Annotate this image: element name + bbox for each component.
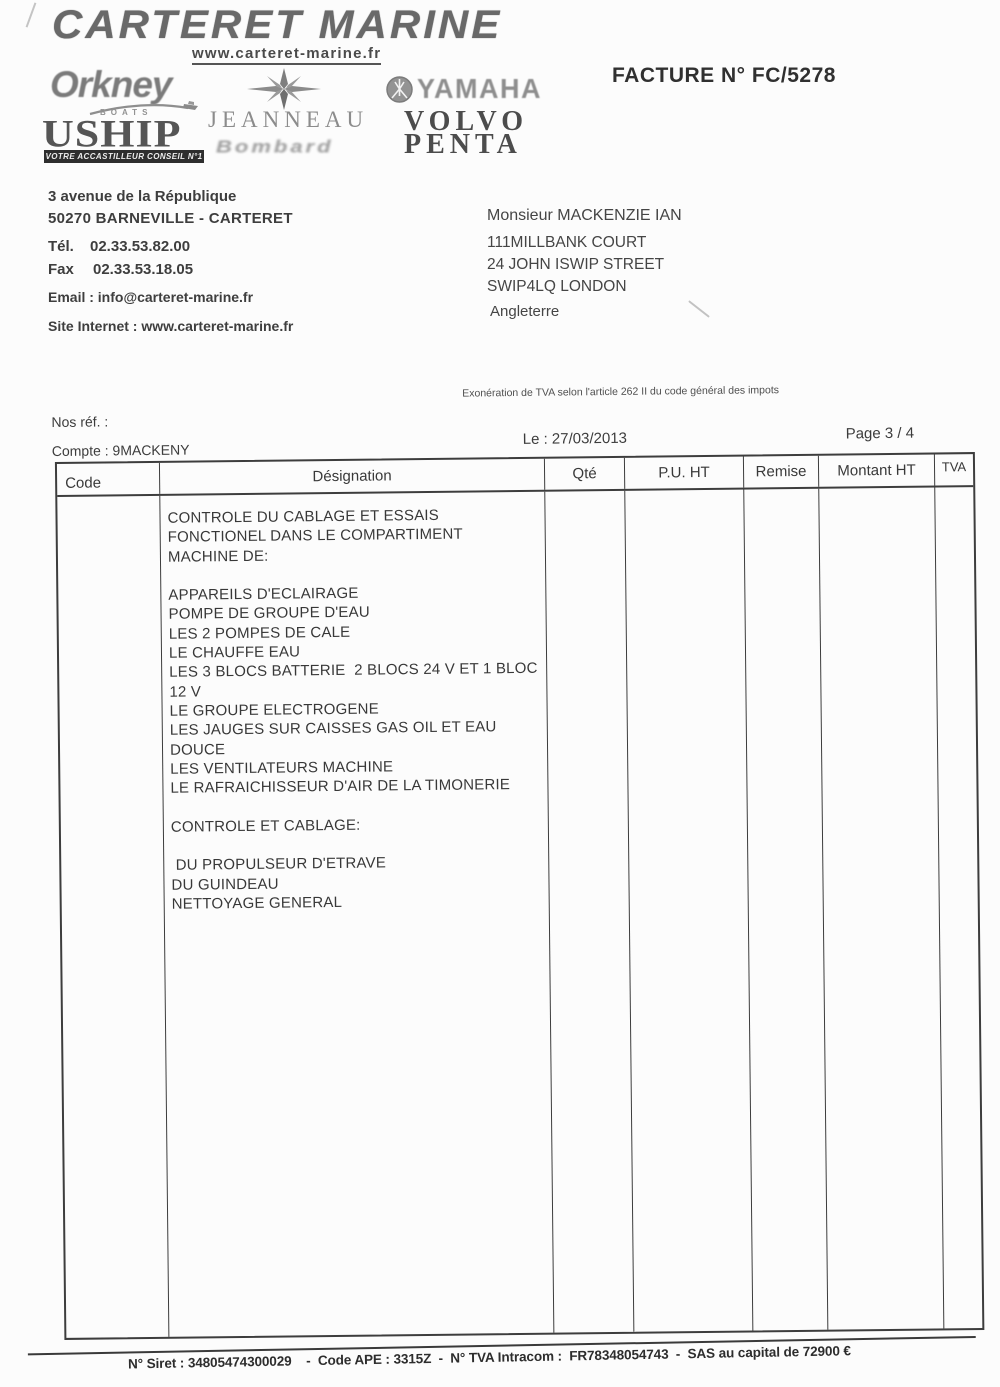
footer-section: N° Siret : 34805474300029 - Code APE : 3…: [0, 0, 1000, 1387]
invoice-page: CARTERET MARINE www.carteret-marine.fr F…: [0, 0, 1000, 1387]
legal-registration-line: N° Siret : 34805474300029 - Code APE : 3…: [128, 1343, 851, 1371]
